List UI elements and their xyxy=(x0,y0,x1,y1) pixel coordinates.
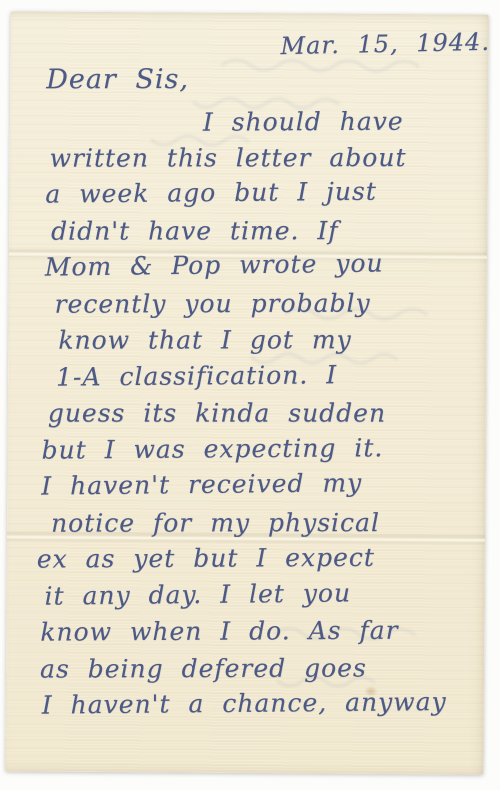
letter-line: know when I do. As far xyxy=(40,612,482,651)
letter-body: I should have written this letter about … xyxy=(34,104,486,728)
letter-line: guess its kinda sudden xyxy=(48,396,484,433)
letter-line: I should have xyxy=(203,103,486,141)
letter-line: notice for my physical xyxy=(51,504,483,541)
letter-line: written this letter about xyxy=(50,139,486,176)
letter-line: I haven't received my xyxy=(41,464,483,505)
letter-line: it any day. I let you xyxy=(44,574,482,615)
scanned-letter-page: Mar. 15, 1944. Dear Sis, I should have w… xyxy=(0,0,500,790)
letter-line: I haven't a chance, anyway xyxy=(42,684,482,724)
letter-line: know that I got my xyxy=(58,322,484,359)
letter-line: a week ago but I just xyxy=(45,173,485,213)
letter-line: but I was expecting it. xyxy=(41,429,483,469)
letter-date: Mar. 15, 1944. xyxy=(280,28,490,60)
letter-line: Mom & Pop wrote you xyxy=(45,244,485,286)
letter-line: ex as yet but I expect xyxy=(37,539,483,578)
letter-paper: Mar. 15, 1944. Dear Sis, I should have w… xyxy=(5,11,488,774)
letter-line: as being defered goes xyxy=(40,650,482,688)
letter-line: 1-A classification. I xyxy=(56,355,484,395)
letter-salutation: Dear Sis, xyxy=(46,64,189,95)
letter-line: recently you probably xyxy=(55,285,485,323)
